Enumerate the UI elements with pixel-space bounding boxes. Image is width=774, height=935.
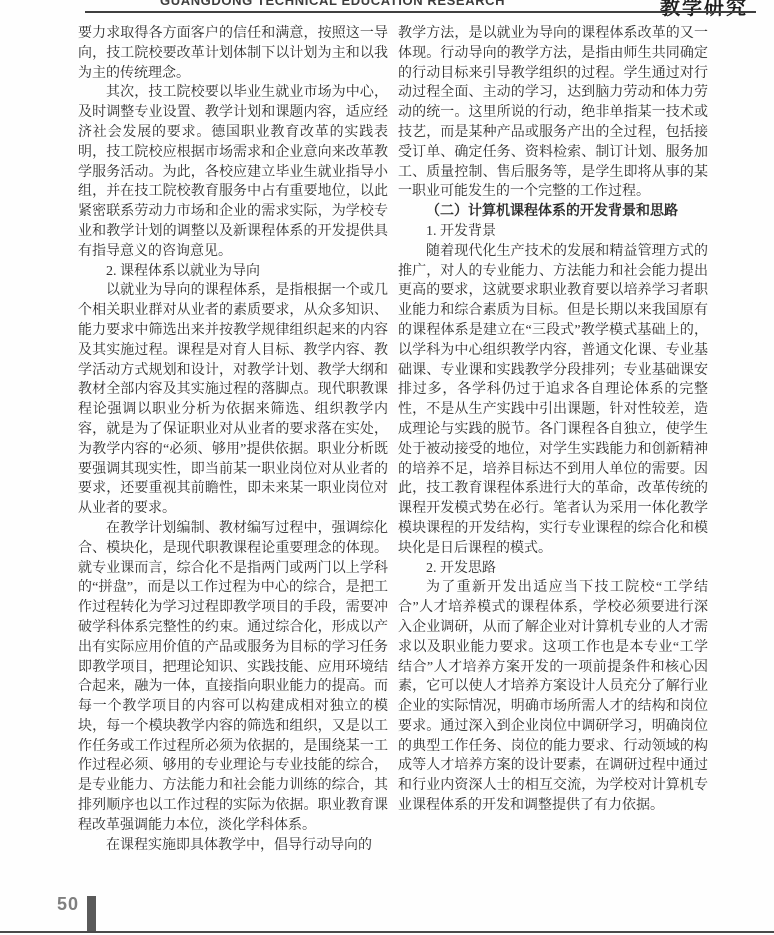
paragraph: 以就业为导向的课程体系，是指根据一个或几个相关职业群对从业者的素质要求，从众多知…	[78, 281, 388, 519]
paragraph: 教学方法，是以就业为导向的课程体系改革的又一体现。行动导向的教学方法，是指由师生…	[398, 24, 708, 202]
bottom-rule	[0, 931, 774, 933]
subsection-heading: 2. 开发思路	[398, 559, 708, 579]
paragraph: 其次，技工院校要以毕业生就业市场为中心，及时调整专业设置、教学计划和课题内容，适…	[78, 83, 388, 261]
page-number-bar	[87, 896, 96, 931]
header-rule	[85, 11, 756, 13]
right-column: 教学方法，是以就业为导向的课程体系改革的又一体现。行动导向的教学方法，是指由师生…	[398, 24, 708, 855]
section-title-cn: 教学研究	[660, 0, 748, 20]
paragraph: 要力求取得各方面客户的信任和满意，按照这一导向，技工院校要改革计划体制下以计划为…	[78, 24, 388, 83]
journal-page: GUANGDONG TECHNICAL EDUCATION RESEARCH 教…	[0, 0, 774, 935]
subsection-heading: 2. 课程体系以就业为导向	[78, 262, 388, 282]
paragraph: 随着现代化生产技术的发展和精益管理方式的推广，对人的专业能力、方法能力和社会能力…	[398, 242, 708, 559]
left-column: 要力求取得各方面客户的信任和满意，按照这一导向，技工院校要改革计划体制下以计划为…	[78, 24, 388, 855]
journal-title-en: GUANGDONG TECHNICAL EDUCATION RESEARCH	[160, 0, 505, 8]
section-heading: （二）计算机课程体系的开发背景和思路	[398, 202, 708, 222]
page-number: 50	[57, 894, 79, 915]
subsection-heading: 1. 开发背景	[398, 222, 708, 242]
article-body: 要力求取得各方面客户的信任和满意，按照这一导向，技工院校要改革计划体制下以计划为…	[78, 24, 708, 855]
paragraph: 为了重新开发出适应当下技工院校“工学结合”人才培养模式的课程体系，学校必须要进行…	[398, 578, 708, 816]
paragraph: 在教学计划编制、教材编写过程中，强调综化合、模块化，是现代职教课程论重要理念的体…	[78, 519, 388, 836]
paragraph: 在课程实施即具体教学中，倡导行动导向的	[78, 836, 388, 856]
